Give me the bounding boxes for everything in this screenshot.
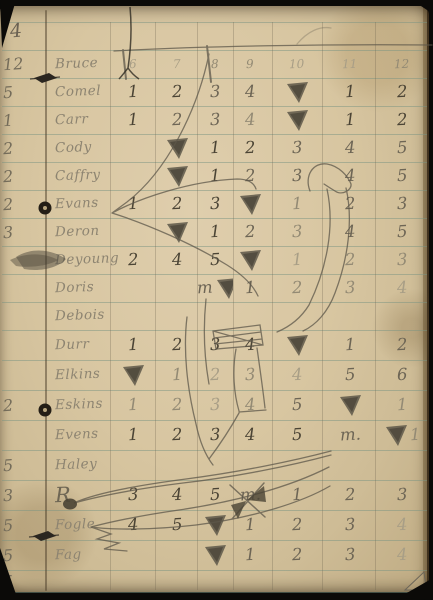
grid-cell: 2: [159, 421, 195, 449]
cell-value: 1: [209, 167, 220, 184]
ledger-row: 5Haley: [0, 450, 433, 480]
margin-count: 5: [2, 454, 41, 476]
cell-value: 2: [344, 486, 355, 503]
cell-value: 5: [291, 426, 302, 443]
grid-cell: 2: [332, 191, 368, 217]
grid-cell: 2: [384, 107, 420, 133]
ledger-row: 5Fogle451234: [0, 510, 433, 540]
grid-cell: 1: [115, 107, 151, 133]
cell-value: 4: [244, 426, 255, 443]
grid-cell: 2: [115, 247, 151, 273]
margin-count: 3: [2, 221, 41, 243]
cell-value: 4: [344, 139, 355, 156]
grid-cell: 2: [159, 391, 195, 419]
cell-value: 4: [344, 223, 355, 240]
grid-cell: 2: [279, 511, 315, 539]
cell-value: 2: [244, 167, 255, 184]
cell-value: 2: [396, 83, 407, 100]
margin-count: 3: [2, 484, 41, 506]
cell-value: 1: [127, 426, 138, 443]
cell-value: 2: [244, 223, 255, 240]
cell-value: 1: [409, 426, 420, 443]
grid-cell: 1: [279, 191, 315, 217]
grid-cell: 4: [279, 361, 315, 389]
grid-cell: 1: [115, 331, 151, 359]
margin-count: 5: [2, 514, 41, 536]
grid-cell: 4: [159, 481, 195, 509]
ruled-line: [2, 22, 427, 23]
cell-value: 4: [396, 546, 407, 563]
cell-value: 3: [344, 546, 355, 563]
margin-count: 2: [2, 137, 41, 159]
ledger-row: 3Deron12345: [0, 218, 433, 246]
grid-cell: 3: [197, 421, 233, 449]
cell-value: 3: [209, 83, 220, 100]
cell-value: 1: [396, 396, 407, 413]
tally-triangle-mark: [338, 394, 362, 417]
cell-value: 3: [291, 167, 302, 184]
ledger-row: 2Cody12345: [0, 134, 433, 162]
grid-cell: 1: [232, 541, 268, 569]
cell-value: 1: [209, 223, 220, 240]
grid-cell: [197, 511, 233, 539]
tally-triangle-mark: [203, 544, 227, 567]
cell-value: 4: [396, 279, 407, 296]
ledger-row: Elkins123456: [0, 360, 433, 390]
grid-cell: 1: [232, 511, 268, 539]
grid-cell: 4: [232, 331, 268, 359]
tally-triangle-mark: [384, 424, 408, 447]
grid-cell: 5: [197, 247, 233, 273]
cell-value: 2: [171, 396, 182, 413]
tally-triangle-mark: [165, 137, 189, 160]
cell-value: 1: [344, 83, 355, 100]
grid-cell: 5: [279, 391, 315, 419]
cell-value: 4: [244, 83, 255, 100]
ledger-row: Durr123412: [0, 330, 433, 360]
grid-cell: 2: [232, 219, 268, 245]
cell-value: 2: [344, 251, 355, 268]
cell-value: m.: [339, 426, 361, 444]
cell-value: 4: [291, 366, 302, 383]
cell-value: 1: [244, 546, 255, 563]
grid-cell: 2: [197, 361, 233, 389]
cell-value: 3: [291, 139, 302, 156]
grid-cell: [279, 107, 315, 133]
cell-value: 5: [344, 366, 355, 383]
ledger-row: Dorism1234: [0, 274, 433, 302]
cell-value: 1: [244, 279, 255, 296]
cell-value: 5: [396, 139, 407, 156]
grid-cell: [332, 391, 368, 419]
grid-cell: 2: [332, 481, 368, 509]
cell-value: 5: [396, 223, 407, 240]
grid-cell: 3: [197, 391, 233, 419]
grid-cell: [232, 191, 268, 217]
grid-cell: [279, 331, 315, 359]
grid-cell: 2: [279, 541, 315, 569]
cell-value: 5: [396, 167, 407, 184]
cell-value: 1: [344, 336, 355, 353]
photographed-ledger-page: 4 12Bruce67891011125Comel1234121Carr1234…: [0, 0, 433, 600]
cell-value: 3: [291, 223, 302, 240]
grid-cell: 1: [197, 163, 233, 189]
ledger-row: Evens12345m.1: [0, 420, 433, 450]
grid-cell: 2: [159, 107, 195, 133]
margin-count: 1: [2, 109, 41, 131]
cell-value: 5: [291, 396, 302, 413]
grid-cell: [197, 541, 233, 569]
grid-cell: [159, 163, 195, 189]
cell-value: 4: [171, 486, 182, 503]
cell-value: 3: [244, 366, 255, 383]
grid-cell: 12: [384, 51, 420, 77]
cell-value: 2: [171, 336, 182, 353]
student-name: Haley: [55, 455, 131, 474]
cell-value: 2: [291, 546, 302, 563]
tally-triangle-mark: [121, 364, 145, 387]
tally-triangle-mark: [215, 277, 233, 300]
student-name: Caffry: [55, 166, 131, 185]
grid-cell: 1: [115, 191, 151, 217]
grid-cell: 11: [332, 51, 368, 77]
tally-triangle-mark: [203, 514, 227, 537]
grid-cell: 3: [332, 541, 368, 569]
ledger-row: 2Eskins123451: [0, 390, 433, 420]
tally-triangle-mark: [285, 81, 309, 104]
grid-cell: 1: [384, 421, 420, 449]
ledger-row: Deyoung245123: [0, 246, 433, 274]
cell-value: 3: [209, 396, 220, 413]
cell-value: 3: [396, 195, 407, 212]
grid-cell: 4: [232, 107, 268, 133]
cell-value: 7: [173, 58, 181, 70]
grid-cell: 1: [115, 421, 151, 449]
grid-cell: 1: [115, 391, 151, 419]
cell-value: 4: [171, 251, 182, 268]
cell-value: m.: [239, 486, 261, 504]
cell-value: 4: [244, 111, 255, 128]
cell-value: 5: [209, 486, 220, 503]
grid-cell: 5: [332, 361, 368, 389]
cell-value: 4: [396, 516, 407, 533]
grid-cell: 3: [332, 275, 368, 301]
grid-cell: 1: [384, 391, 420, 419]
cell-value: 6: [129, 58, 137, 70]
grid-cell: 5: [159, 511, 195, 539]
grid-cell: m.: [332, 421, 368, 449]
grid-cell: 1: [197, 135, 233, 161]
grid-cell: 6: [384, 361, 420, 389]
ledger-row: 1Carr123412: [0, 106, 433, 134]
cell-value: 3: [344, 516, 355, 533]
grid-cell: 2: [332, 247, 368, 273]
grid-cell: 2: [384, 79, 420, 105]
grid-cell: 3: [332, 511, 368, 539]
cell-value: 1: [127, 195, 138, 212]
margin-count: 12: [2, 53, 41, 75]
grid-cell: 5: [384, 163, 420, 189]
cell-value: 1: [127, 111, 138, 128]
grid-cell: 4: [384, 511, 420, 539]
grid-cell: 3: [279, 219, 315, 245]
cell-value: 1: [171, 366, 182, 383]
cell-value: 1: [209, 139, 220, 156]
margin-count: 5: [2, 544, 41, 566]
ledger-row: 5: [0, 570, 433, 592]
grid-cell: 1: [232, 275, 268, 301]
cell-value: 5: [171, 516, 182, 533]
grid-cell: 4: [384, 275, 420, 301]
grid-cell: 6: [115, 51, 151, 77]
margin-count: 2: [2, 193, 41, 215]
grid-cell: 3: [279, 135, 315, 161]
grid-cell: 4: [332, 219, 368, 245]
cell-value: 2: [127, 251, 138, 268]
ledger-row: 12Bruce6789101112: [0, 50, 433, 78]
grid-cell: 5: [197, 481, 233, 509]
grid-cell: 4: [232, 421, 268, 449]
grid-cell: 4: [384, 541, 420, 569]
ledger-row: 2Caffry12345: [0, 162, 433, 190]
grid-cell: 5: [384, 135, 420, 161]
ledger-row: 5Comel123412: [0, 78, 433, 106]
cell-value: 2: [344, 195, 355, 212]
grid-cell: 2: [159, 79, 195, 105]
cell-value: 2: [171, 195, 182, 212]
margin-count: 5: [2, 81, 41, 103]
cell-value: 1: [244, 516, 255, 533]
grid-cell: 4: [232, 79, 268, 105]
grid-cell: 4: [332, 135, 368, 161]
cell-value: 1: [127, 336, 138, 353]
cell-value: 1: [291, 251, 302, 268]
cell-value: m: [197, 279, 213, 296]
grid-cell: 3: [232, 361, 268, 389]
cell-value: 1: [127, 83, 138, 100]
ledger-row: 5Fag1234: [0, 540, 433, 570]
cell-value: 4: [344, 167, 355, 184]
cell-value: 2: [171, 83, 182, 100]
ledger-row: Debois: [0, 302, 433, 330]
grid-cell: 4: [232, 391, 268, 419]
grid-cell: 4: [159, 247, 195, 273]
cell-value: 2: [171, 426, 182, 443]
cell-value: 5: [209, 251, 220, 268]
cell-value: 1: [291, 195, 302, 212]
cell-value: 9: [246, 58, 254, 70]
grid-cell: [159, 219, 195, 245]
grid-cell: 8: [197, 51, 233, 77]
grid-cell: 2: [232, 163, 268, 189]
grid-cell: 3: [197, 191, 233, 217]
grid-cell: 10: [279, 51, 315, 77]
grid-cell: 2: [232, 135, 268, 161]
tally-triangle-mark: [285, 334, 309, 357]
cell-value: 2: [396, 111, 407, 128]
grid-cell: 3: [384, 481, 420, 509]
cell-value: 3: [127, 486, 138, 503]
grid-cell: 5: [384, 219, 420, 245]
grid-cell: 3: [279, 163, 315, 189]
student-name: Debois: [55, 306, 131, 325]
cell-value: 3: [396, 251, 407, 268]
cell-value: 3: [396, 486, 407, 503]
grid-cell: m.: [232, 481, 268, 509]
grid-cell: m: [197, 275, 233, 301]
cell-value: 2: [171, 111, 182, 128]
grid-cell: 1: [115, 79, 151, 105]
cell-value: 2: [244, 139, 255, 156]
tally-triangle-mark: [165, 221, 189, 244]
cell-value: 1: [127, 396, 138, 413]
grid-cell: 3: [384, 247, 420, 273]
cell-value: 4: [244, 396, 255, 413]
tally-triangle-mark: [165, 165, 189, 188]
grid-cell: 2: [384, 331, 420, 359]
cell-value: 2: [291, 516, 302, 533]
student-name: Cody: [55, 138, 131, 157]
grid-cell: 4: [332, 163, 368, 189]
grid-cell: 4: [115, 511, 151, 539]
cell-value: 2: [209, 366, 220, 383]
grid-cell: 1: [332, 79, 368, 105]
grid-cell: [159, 135, 195, 161]
grid-cell: 1: [332, 331, 368, 359]
grid-cell: 2: [279, 275, 315, 301]
cell-value: 4: [244, 336, 255, 353]
cell-value: 11: [342, 58, 358, 71]
cell-value: 3: [209, 336, 220, 353]
grid-cell: 2: [159, 191, 195, 217]
grid-cell: [115, 361, 151, 389]
cell-value: 10: [289, 58, 305, 71]
grid-cell: 9: [232, 51, 268, 77]
student-name: Doris: [55, 278, 131, 297]
margin-count: 2: [2, 394, 41, 416]
grid-cell: 3: [197, 331, 233, 359]
cell-value: 1: [291, 486, 302, 503]
tally-triangle-mark: [285, 109, 309, 132]
cell-value: 12: [394, 58, 410, 71]
ledger-row: 2Evans123123: [0, 190, 433, 218]
student-name: Deron: [55, 222, 131, 241]
grid-cell: 1: [159, 361, 195, 389]
cell-value: 6: [396, 366, 407, 383]
ledger-row: 3R345m.123: [0, 480, 433, 510]
grid-cell: 1: [197, 219, 233, 245]
page-corner-number: 4: [9, 19, 23, 42]
student-name: Fag: [55, 545, 131, 564]
margin-count: 2: [2, 165, 41, 187]
cell-value: 4: [127, 516, 138, 533]
cell-value: 3: [209, 111, 220, 128]
grid-cell: 2: [159, 331, 195, 359]
ruled-line: [2, 592, 427, 593]
cell-value: 2: [396, 336, 407, 353]
cell-value: 8: [211, 58, 219, 70]
cell-value: 3: [209, 426, 220, 443]
grid-cell: [232, 247, 268, 273]
cell-value: 3: [344, 279, 355, 296]
tally-triangle-mark: [238, 249, 262, 272]
grid-cell: 3: [115, 481, 151, 509]
margin-count: 5: [2, 570, 41, 592]
cell-value: 2: [291, 279, 302, 296]
grid-cell: 3: [197, 79, 233, 105]
grid-cell: 1: [279, 247, 315, 273]
grid-cell: 3: [197, 107, 233, 133]
tally-triangle-mark: [238, 193, 262, 216]
grid-cell: 3: [384, 191, 420, 217]
cell-value: 1: [344, 111, 355, 128]
grid-cell: [279, 79, 315, 105]
grid-cell: 1: [279, 481, 315, 509]
grid-cell: 5: [279, 421, 315, 449]
grid-cell: 1: [332, 107, 368, 133]
grid-cell: 7: [159, 51, 195, 77]
cell-value: 3: [209, 195, 220, 212]
